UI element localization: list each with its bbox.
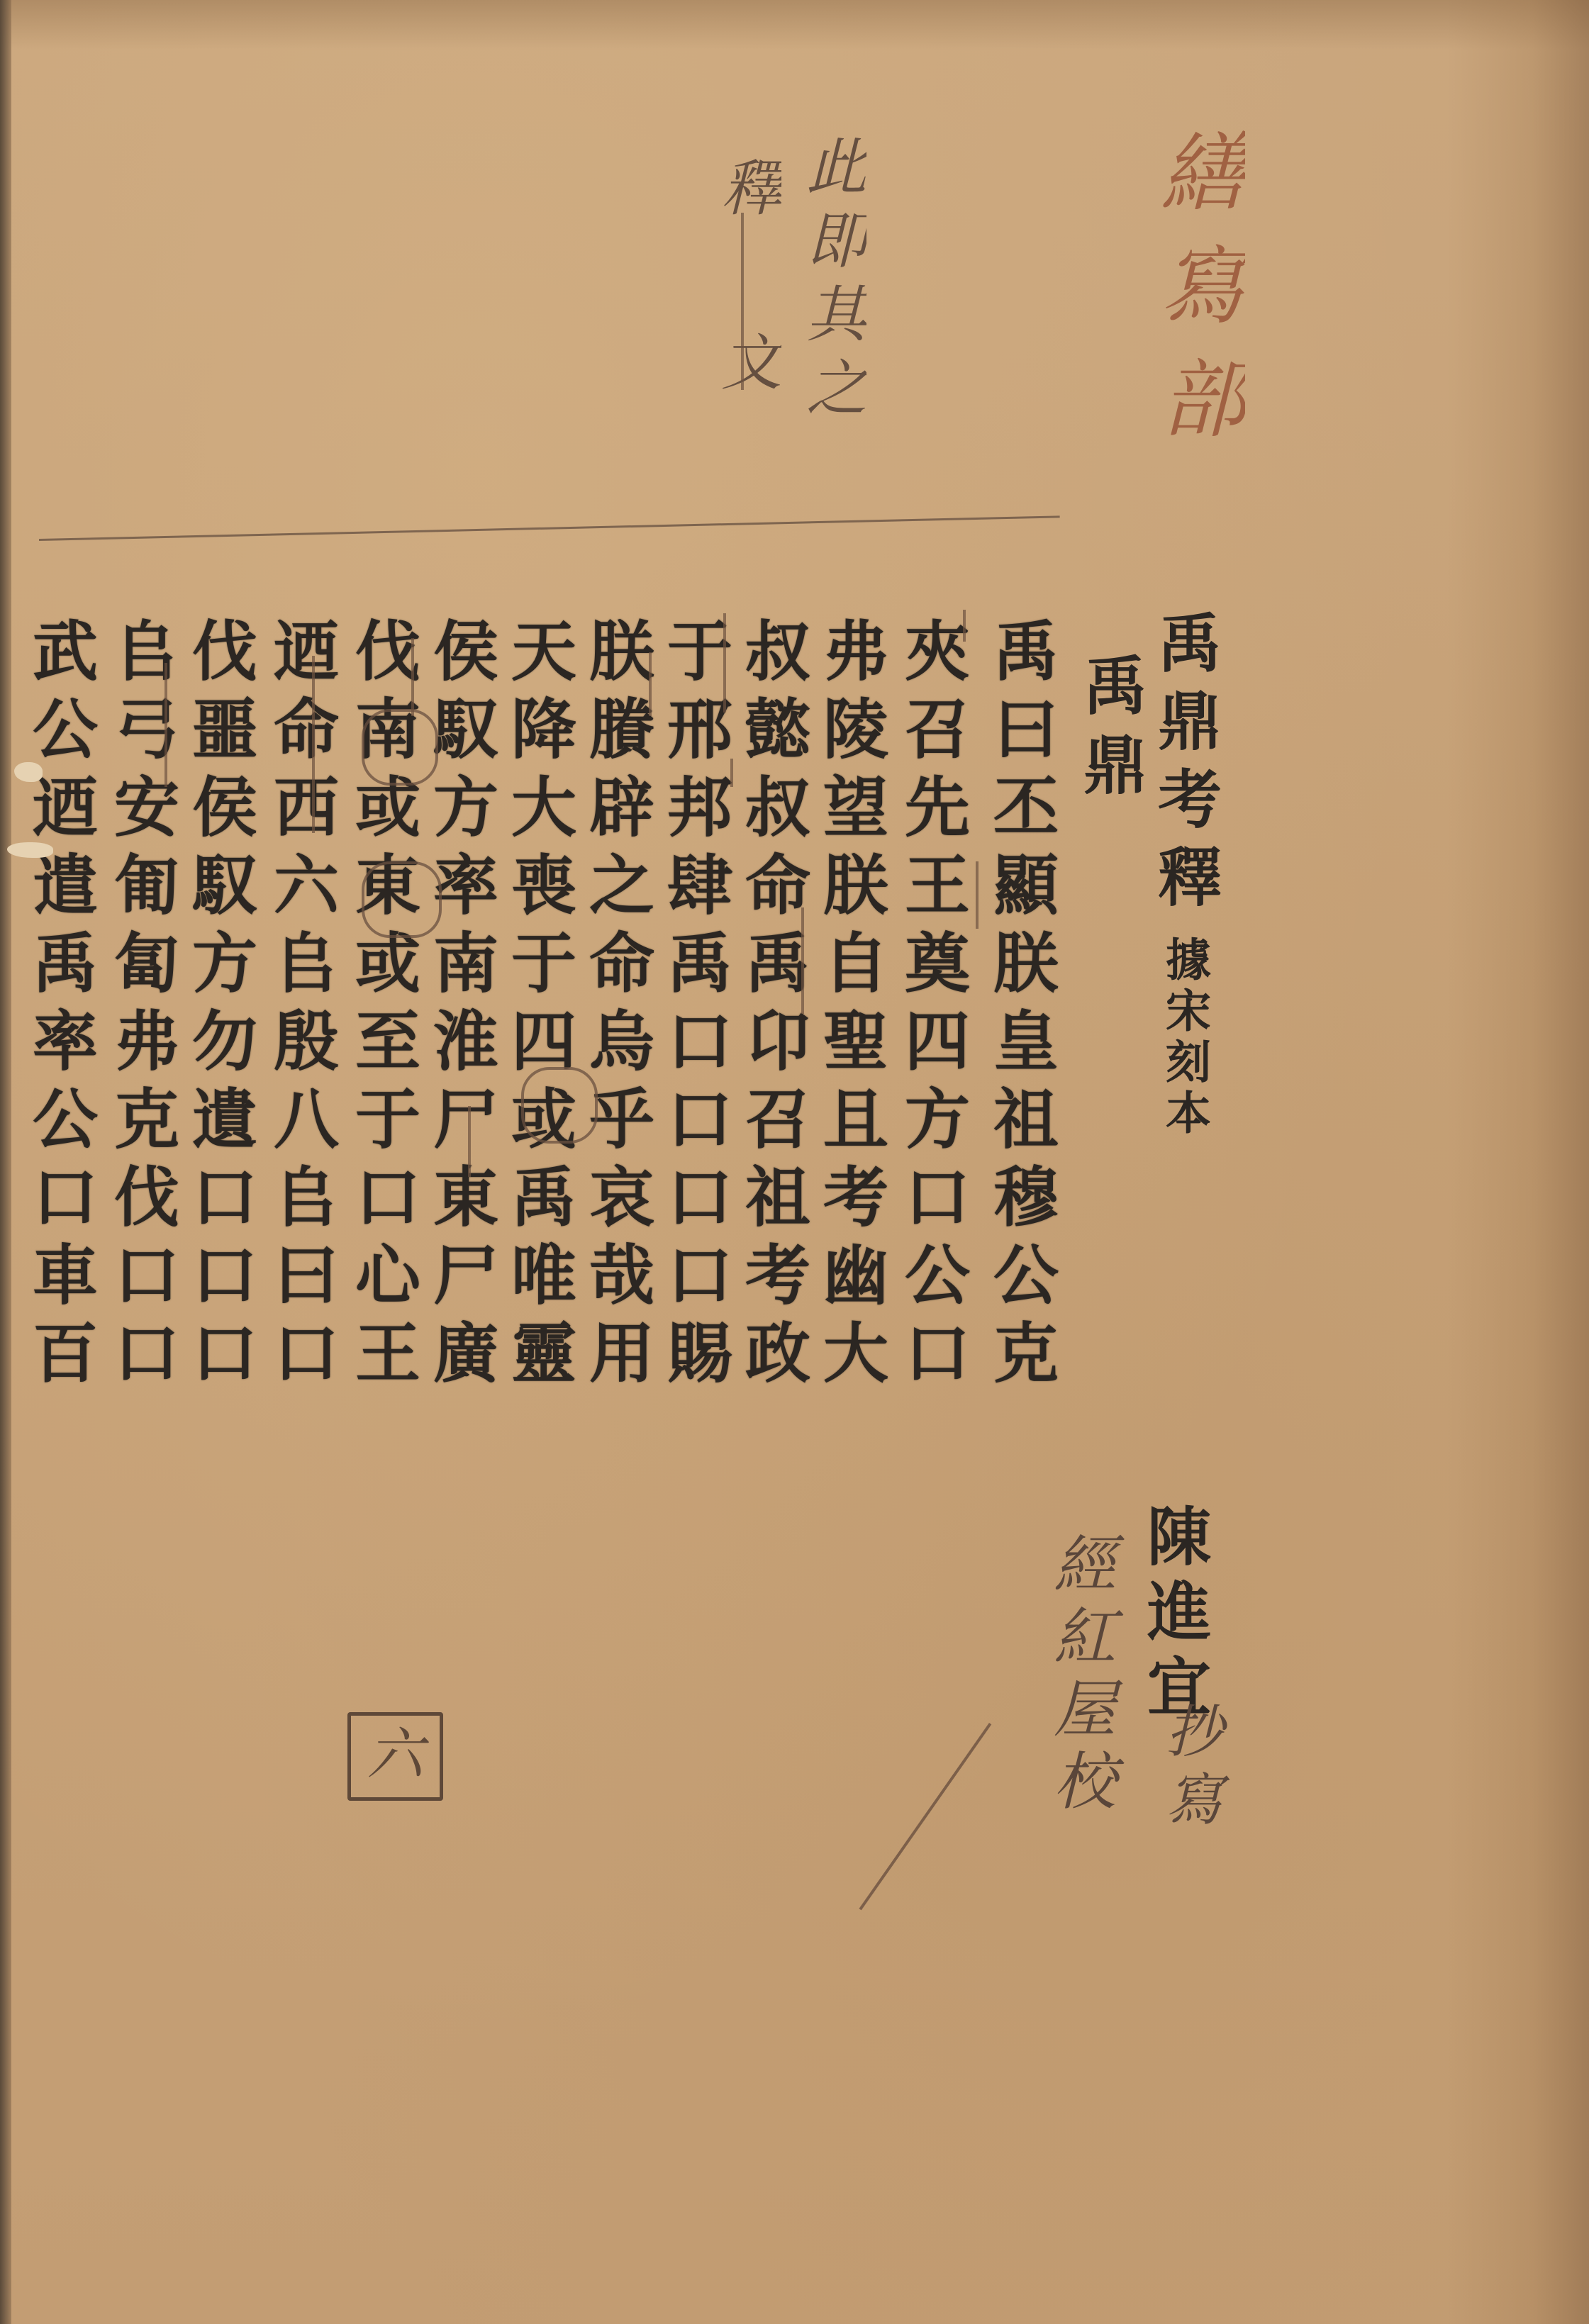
title-text: 禹鼎考釋 <box>1147 610 1222 922</box>
circled-character-mark <box>521 1067 598 1144</box>
circled-character-mark <box>362 861 442 938</box>
pencil-bracket-mark <box>730 759 733 787</box>
proofreader-note: 經紅屋校 <box>1035 1531 1125 1821</box>
copyist-name: 陳進宜 <box>1127 1503 1220 1728</box>
top-red-annotation: 繕寫部 <box>1134 128 1256 468</box>
inscription-column-2: 夾召先王奠四方口公口 <box>890 617 975 1397</box>
pencil-bracket-mark <box>649 652 652 716</box>
page-right-edge <box>1447 0 1589 2324</box>
page-number-box: 六 <box>347 1712 443 1801</box>
pencil-slash-mark <box>859 1723 991 1910</box>
inscription-column-10: 迺命西六𠂤殷八𠂤曰口 <box>259 617 344 1397</box>
inscription-column-11: 伐噩侯馭方勿遺口口口 <box>177 617 262 1397</box>
subheading: 禹鼎 <box>1064 652 1156 811</box>
pencil-bracket-mark <box>312 656 315 833</box>
inscription-column-13: 武公迺遣禹率公口車百 <box>18 617 103 1397</box>
horizontal-rule-line <box>39 515 1060 541</box>
inscription-column-3: 弗陵望朕自聖且考幽大 <box>808 617 893 1397</box>
pencil-bracket-mark <box>723 613 726 713</box>
inscription-column-5: 于邢邦肆禹口口口口賜 <box>652 617 737 1397</box>
pencil-bracket-mark <box>468 1106 471 1177</box>
pencil-bracket-mark <box>801 907 804 1014</box>
manuscript-page: 繕寫部 此即其之 釋文 禹鼎考釋據宋刻本 禹鼎 禹曰丕顯朕皇祖穆公克 夾召先王奠… <box>0 0 1589 2324</box>
source-note: 據宋刻本 <box>1152 936 1217 1140</box>
pencil-connector-line <box>741 213 744 390</box>
page-left-edge <box>0 0 11 2324</box>
paper-tear <box>14 762 43 782</box>
pencil-bracket-mark <box>165 663 167 787</box>
page-top-fold <box>0 0 1589 50</box>
circled-character-mark <box>362 709 438 786</box>
inscription-column-12: 𠂤弓安匍匐弗克伐口口 <box>99 617 184 1397</box>
inscription-column-6: 朕賸辟之命烏乎哀哉用 <box>574 617 659 1397</box>
paper-tear <box>7 842 53 858</box>
inscription-column-1: 禹曰丕顯朕皇祖穆公克 <box>979 617 1064 1397</box>
pencil-bracket-mark <box>963 610 966 642</box>
top-pencil-annotation-2: 釋文 <box>702 156 790 505</box>
pencil-bracket-mark <box>976 861 979 929</box>
top-pencil-annotation-1: 此即其之 <box>787 135 875 430</box>
pencil-bracket-mark <box>411 638 414 716</box>
copy-note: 抄寫 <box>1149 1702 1230 1838</box>
inscription-column-7: 天降大喪于四或禹唯靈 <box>496 617 581 1397</box>
